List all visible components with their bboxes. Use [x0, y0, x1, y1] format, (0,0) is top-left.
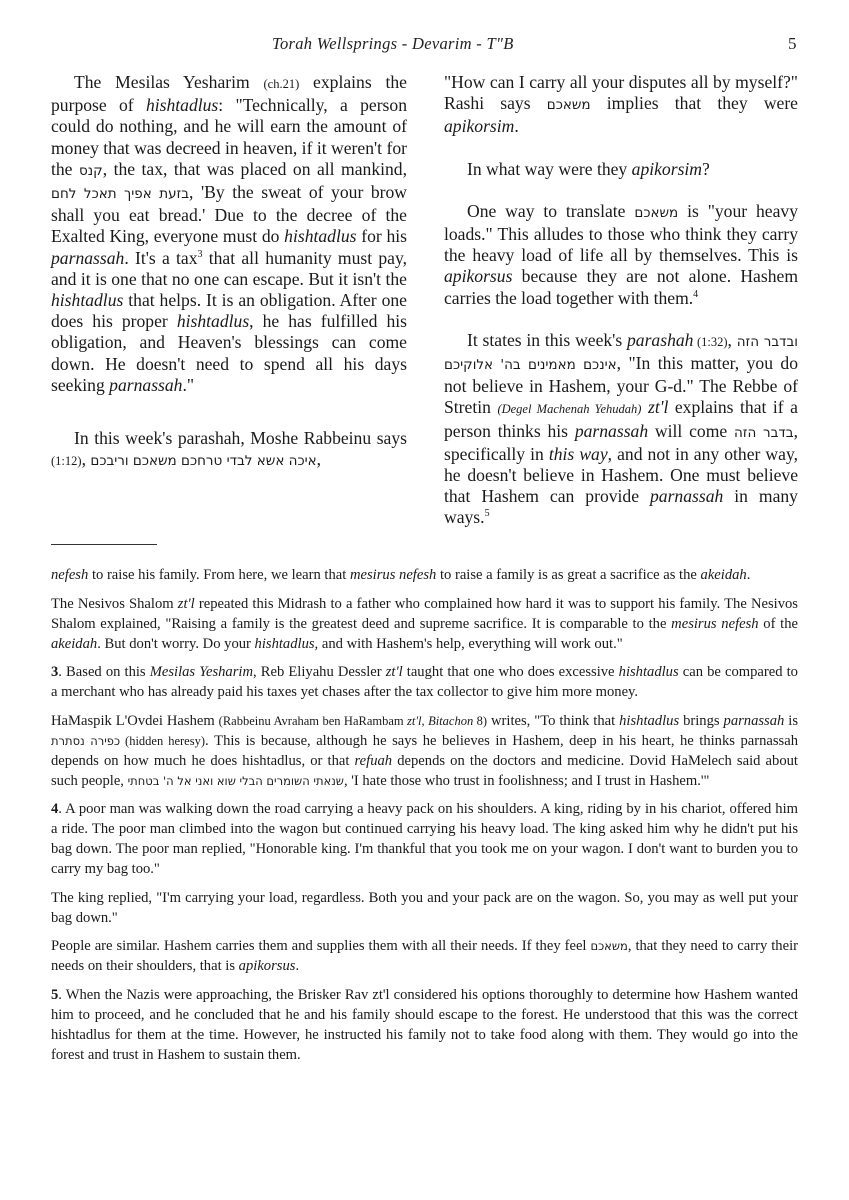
- footnote-separator: [51, 544, 157, 545]
- page-header: Torah Wellsprings - Devarim - T"B 5: [0, 34, 849, 58]
- paragraph-mesilas-yesharim: The Mesilas Yesharim (ch.21) explains th…: [51, 72, 407, 396]
- footnote-3: 3. Based on this Mesilas Yesharim, Reb E…: [51, 662, 798, 702]
- page-number: 5: [788, 34, 797, 54]
- footnote-5: 5. When the Nazis were approaching, the …: [51, 985, 798, 1065]
- paragraph-rashi: "How can I carry all your disputes all b…: [444, 72, 798, 138]
- right-column: "How can I carry all your disputes all b…: [444, 72, 798, 529]
- footnote-4: 4. A poor man was walking down the road …: [51, 799, 798, 879]
- running-title: Torah Wellsprings - Devarim - T"B: [272, 34, 514, 54]
- footnote-4-people-similar: People are similar. Hashem carries them …: [51, 936, 798, 976]
- footnote-nesivos-shalom: The Nesivos Shalom zt'l repeated this Mi…: [51, 594, 798, 654]
- left-column: The Mesilas Yesharim (ch.21) explains th…: [51, 72, 407, 472]
- footnote-3-hamaspik: HaMaspik L'Ovdei Hashem (Rabbeinu Avraha…: [51, 711, 798, 791]
- footnote-ref-5[interactable]: 5: [485, 509, 490, 520]
- paragraph-stretin: It states in this week's parashah (1:32)…: [444, 330, 798, 529]
- paragraph-heavy-loads: One way to translate משאכם is "your heav…: [444, 201, 798, 309]
- footnote-ref-4[interactable]: 4: [693, 289, 698, 300]
- footnote-continued: nefesh to raise his family. From here, w…: [51, 565, 798, 585]
- footnote-4-king-replied: The king replied, "I'm carrying your loa…: [51, 888, 798, 928]
- paragraph-moshe-rabbeinu: In this week's parashah, Moshe Rabbeinu …: [51, 428, 407, 472]
- footnotes: nefesh to raise his family. From here, w…: [51, 565, 798, 1073]
- paragraph-question: In what way were they apikorsim?: [444, 159, 798, 180]
